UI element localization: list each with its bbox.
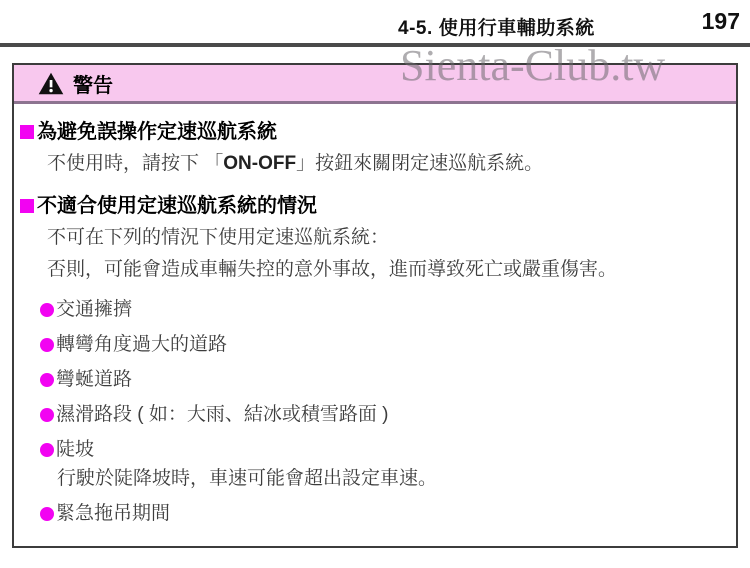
section-heading-text: 不適合使用定速巡航系統的情況 [37,194,317,218]
list-item: 陡坡 [40,438,724,461]
body-text-prefix: 不使用時，請按下 「 [47,153,223,174]
section-number: 4-5. [398,18,433,39]
square-bullet-icon [20,199,34,213]
on-off-button-label: ON-OFF [223,153,296,174]
body-text: 不使用時，請按下 「ON-OFF」按鈕來關閉定速巡航系統。 [47,151,724,176]
warning-triangle-icon [38,72,64,95]
list-item-label: 陡坡 [56,438,94,461]
page-header: 4-5.使用行車輔助系統 [398,13,595,40]
warning-content: 為避免誤操作定速巡航系統 不使用時，請按下 「ON-OFF」按鈕來關閉定速巡航系… [14,104,736,525]
round-bullet-icon [40,408,54,422]
warning-box: 警告 為避免誤操作定速巡航系統 不使用時，請按下 「ON-OFF」按鈕來關閉定速… [12,63,738,548]
body-text: 否則，可能會造成車輛失控的意外事故，進而導致死亡或嚴重傷害。 [47,257,724,282]
list-item: 濕滑路段 ( 如：大雨、結冰或積雪路面 ) [40,403,724,426]
page-number: 197 [702,8,740,35]
list-item-label: 彎蜒道路 [56,368,132,391]
square-bullet-icon [20,125,34,139]
list-item-note: 行駛於陡降坡時，車速可能會超出設定車速。 [57,467,724,490]
section-title: 使用行車輔助系統 [439,18,595,39]
body-text-suffix: 」按鈕來關閉定速巡航系統。 [296,153,543,174]
list-item-label: 交通擁擠 [56,298,132,321]
list-item: 交通擁擠 [40,298,724,321]
round-bullet-icon [40,303,54,317]
round-bullet-icon [40,443,54,457]
list-item-label: 轉彎角度過大的道路 [56,333,227,356]
round-bullet-icon [40,373,54,387]
list-item: 轉彎角度過大的道路 [40,333,724,356]
list-item-label: 緊急拖吊期間 [56,502,170,525]
body-text: 不可在下列的情況下使用定速巡航系統： [47,225,724,250]
list-item-label: 濕滑路段 ( 如：大雨、結冰或積雪路面 ) [56,403,389,426]
warning-title: 警告 [73,69,113,98]
section-heading-text: 為避免誤操作定速巡航系統 [37,120,277,144]
section-heading: 不適合使用定速巡航系統的情況 [20,194,724,218]
manual-page: 4-5.使用行車輔助系統 197 Sienta-Club.tw 警告 為避免誤操… [0,0,750,568]
watermark: Sienta-Club.tw [400,44,665,88]
round-bullet-icon [40,338,54,352]
list-item: 緊急拖吊期間 [40,502,724,525]
list-item: 彎蜒道路 [40,368,724,391]
section-heading: 為避免誤操作定速巡航系統 [20,120,724,144]
round-bullet-icon [40,507,54,521]
condition-list: 交通擁擠 轉彎角度過大的道路 彎蜒道路 濕滑路段 ( 如：大雨、結冰或積雪路面 … [20,298,724,525]
